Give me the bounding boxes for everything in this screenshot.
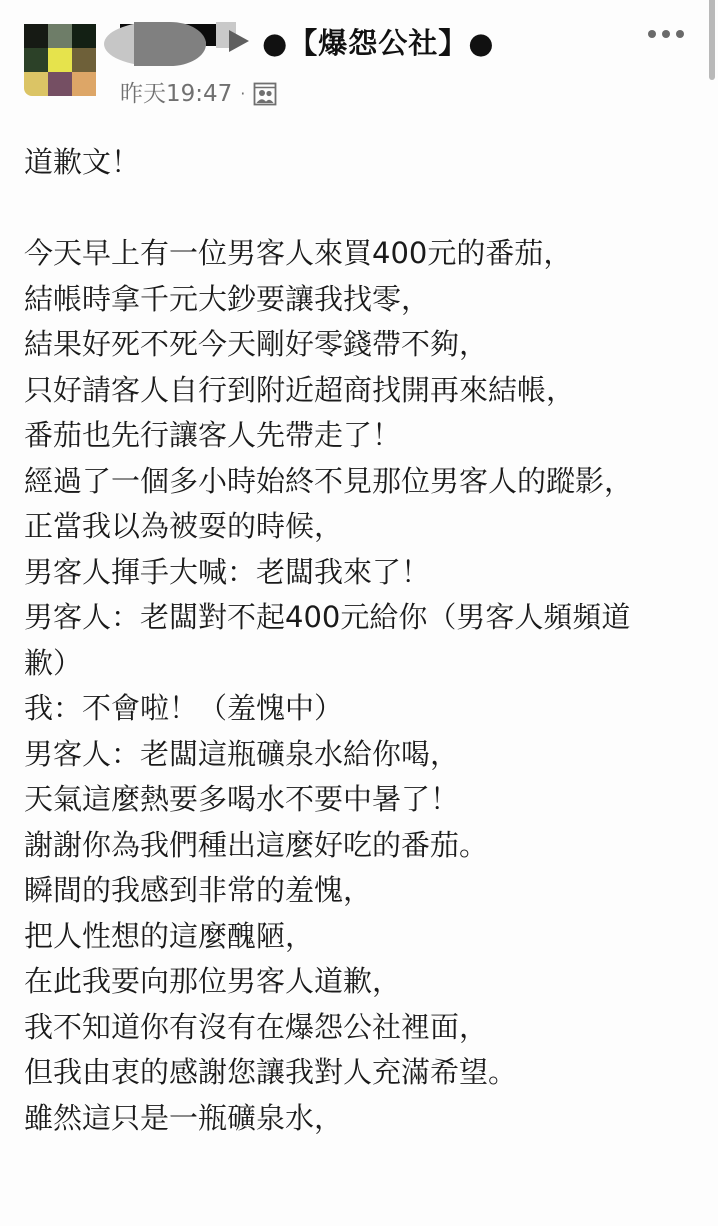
post-line: 男客人揮手大喊：老闆我來了！ <box>24 550 714 596</box>
avatar-pixel <box>72 48 96 72</box>
author-name-redacted[interactable] <box>104 22 234 66</box>
post-line: 結帳時拿千元大鈔要讓我找零， <box>24 277 714 323</box>
avatar-pixel <box>72 72 96 96</box>
group-name-link[interactable]: ●【爆怨公社】● <box>262 22 495 64</box>
post-line: 今天早上有一位男客人來買400元的番茄， <box>24 231 714 277</box>
post-line: 男客人：老闆對不起400元給你（男客人頻頻道 <box>24 595 714 641</box>
post-line: 男客人：老闆這瓶礦泉水給你喝， <box>24 732 714 778</box>
avatar-pixel <box>24 48 48 72</box>
post-line: 正當我以為被耍的時候， <box>24 504 714 550</box>
avatar-pixel <box>72 24 96 48</box>
post-line: 但我由衷的感謝您讓我對人充滿希望。 <box>24 1050 714 1096</box>
post-line: 謝謝你為我們種出這麼好吃的番茄。 <box>24 823 714 869</box>
post-line: 經過了一個多小時始終不見那位男客人的蹤影， <box>24 459 714 505</box>
post-line: 只好請客人自行到附近超商找開再來結帳， <box>24 368 714 414</box>
more-options-icon[interactable] <box>648 27 684 41</box>
post-line: 我：不會啦！（羞愧中） <box>24 686 714 732</box>
avatar-pixel <box>48 48 72 72</box>
posted-in-arrow-icon <box>229 30 249 52</box>
group-audience-icon[interactable] <box>253 82 277 106</box>
scrollbar[interactable] <box>709 0 715 80</box>
avatar-pixel <box>48 72 72 96</box>
meta-separator: · <box>240 78 245 110</box>
post-line: 在此我要向那位男客人道歉， <box>24 959 714 1005</box>
author-avatar[interactable] <box>24 24 96 96</box>
post-line: 結果好死不死今天剛好零錢帶不夠， <box>24 322 714 368</box>
more-dot <box>676 30 684 38</box>
post-meta: 昨天19:47 · <box>120 78 277 110</box>
avatar-pixel <box>48 24 72 48</box>
post-line: 把人性想的這麼醜陋， <box>24 914 714 960</box>
post-header: ●【爆怨公社】● 昨天19:47 · <box>0 0 718 120</box>
redaction-ellipse <box>134 22 206 66</box>
more-dot <box>648 30 656 38</box>
post-timestamp[interactable]: 昨天19:47 <box>120 78 232 110</box>
post-line: 雖然這只是一瓶礦泉水， <box>24 1096 714 1142</box>
post-line: 歉） <box>24 641 714 687</box>
more-dot <box>662 30 670 38</box>
post-line: 我不知道你有沒有在爆怨公社裡面， <box>24 1005 714 1051</box>
post-line: 番茄也先行讓客人先帶走了！ <box>24 413 714 459</box>
post-line: 天氣這麼熱要多喝水不要中暑了！ <box>24 777 714 823</box>
avatar-pixel <box>24 72 48 96</box>
avatar-pixel <box>24 24 48 48</box>
post-line: 瞬間的我感到非常的羞愧， <box>24 868 714 914</box>
post-title: 道歉文！ <box>24 140 714 186</box>
post-body: 道歉文！ 今天早上有一位男客人來買400元的番茄， 結帳時拿千元大鈔要讓我找零，… <box>24 140 714 1141</box>
